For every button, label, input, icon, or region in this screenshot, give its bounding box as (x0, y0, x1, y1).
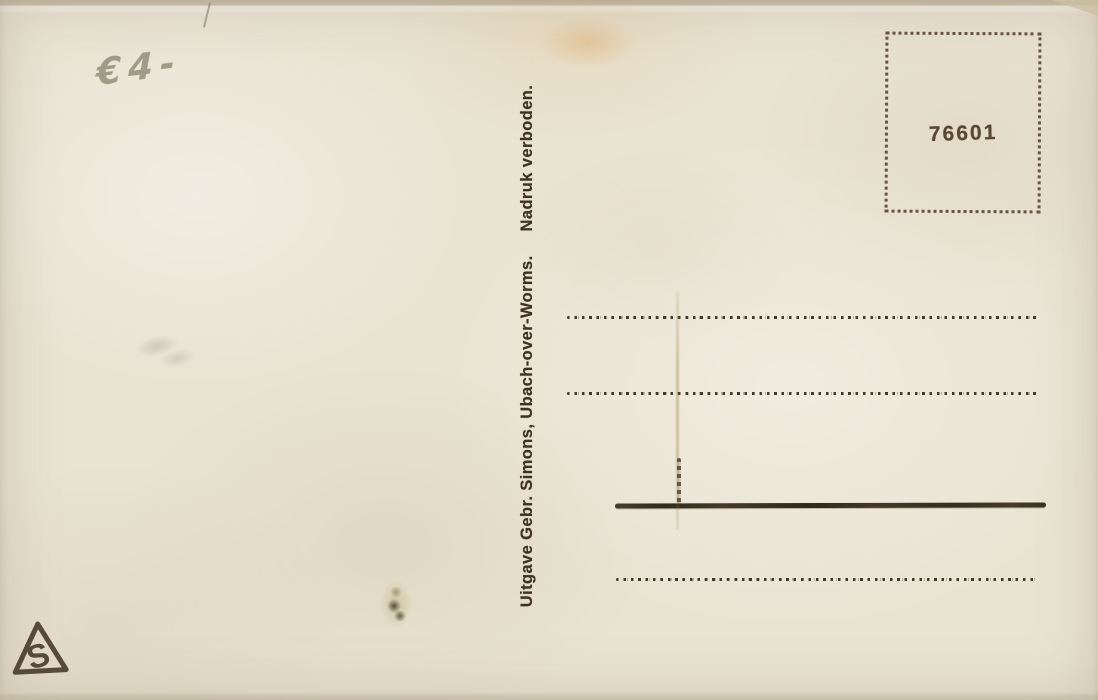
orange-stain (538, 16, 638, 68)
address-line-3 (616, 578, 1038, 581)
postcard-back: €4- Uitgave Gebr. Simons, Ubach-over-Wor… (0, 0, 1098, 700)
address-line-2 (567, 392, 1040, 395)
stamp-box: 76601 (885, 32, 1042, 214)
publisher-text: Uitgave Gebr. Simons, Ubach-over-Worms. (518, 255, 537, 607)
address-line-1 (567, 316, 1040, 319)
rights-text: Nadruk verboden. (518, 85, 537, 232)
publisher-imprint: Uitgave Gebr. Simons, Ubach-over-Worms. … (514, 96, 540, 596)
vertical-stain-streak-dark (677, 458, 681, 504)
handwritten-price: €4- (96, 43, 181, 95)
pencil-smudge (123, 314, 213, 385)
dark-ink-blot (374, 578, 414, 630)
publisher-logo-triangle-s: S (6, 614, 71, 681)
pencil-scratch-mark (203, 2, 211, 28)
scan-corner-wedge (1052, 0, 1098, 16)
stamp-box-number: 76601 (928, 120, 997, 146)
